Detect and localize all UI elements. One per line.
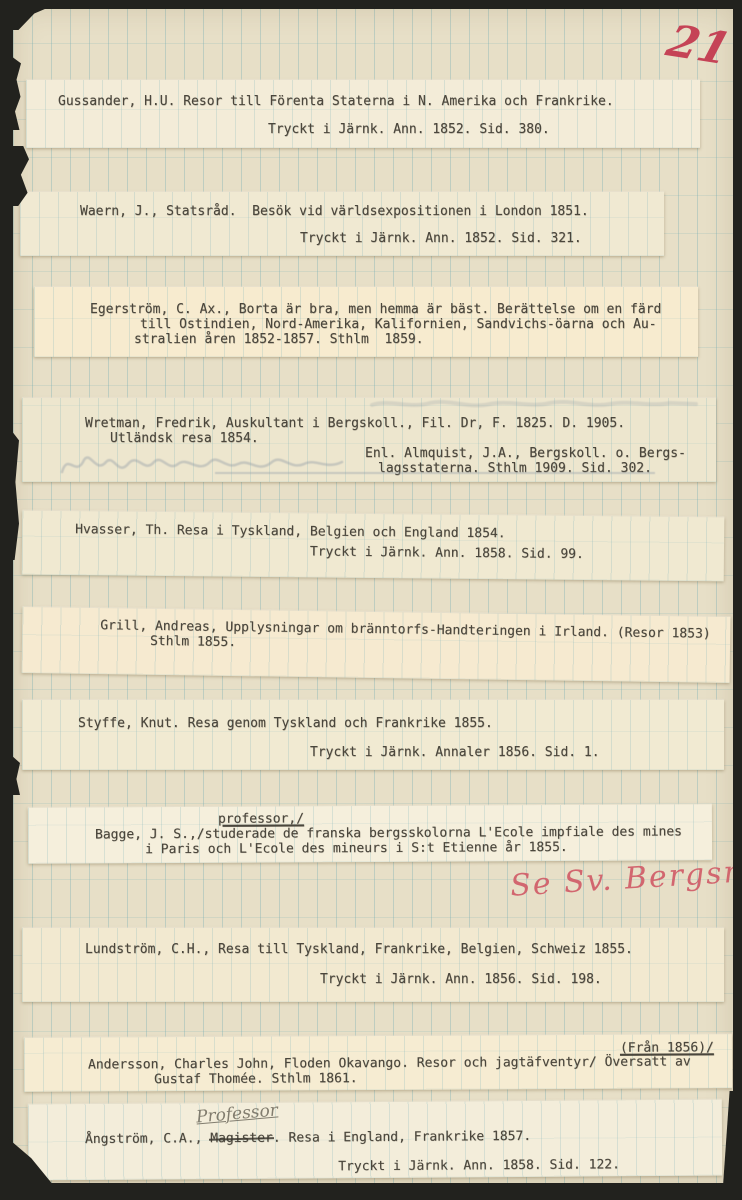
scanned-archive-page: Gussander, H.U. Resor till Förenta State… [0, 0, 742, 1200]
entry-line: Wretman, Fredrik, Auskultant i Bergskoll… [85, 416, 625, 431]
entry-line: Bagge, J. S.,/studerade de franska bergs… [95, 824, 682, 842]
entry-line: Hvasser, Th. Resa i Tyskland, Belgien oc… [75, 522, 506, 541]
entry-line: Enl. Almquist, J.A., Bergskoll. o. Bergs… [365, 446, 686, 461]
index-card-hvasser: Hvasser, Th. Resa i Tyskland, Belgien oc… [22, 511, 725, 582]
entry-line: Tryckt i Järnk. Ann. 1858. Sid. 99. [310, 544, 584, 562]
faint-pencil-underline [215, 472, 655, 474]
index-card-lundstrom: Lundström, C.H., Resa till Tyskland, Fra… [22, 928, 724, 1002]
entry-line: Tryckt i Järnk. Annaler 1856. Sid. 1. [310, 745, 600, 760]
scan-edge-top [0, 0, 742, 9]
entry-line: professor,/ [218, 811, 304, 826]
entry-line: Sthlm 1855. [150, 634, 236, 650]
entry-line: stralien åren 1852-1857. Sthlm 1859. [134, 332, 424, 347]
scan-edge-right [733, 0, 742, 1200]
index-card-bagge: professor,/Bagge, J. S.,/studerade de fr… [28, 804, 712, 864]
entry-line: Andersson, Charles John, Floden Okavango… [88, 1054, 691, 1072]
scan-edge-bottom [0, 1183, 742, 1200]
entry-line: Ångström, C.A., Magister. Resa i England… [85, 1129, 531, 1147]
ledger-paper [13, 8, 733, 1184]
entry-line: i Paris och L'Ecole des mineurs i S:t Et… [145, 840, 568, 857]
entry-line: (Från 1856)/ [620, 1040, 714, 1055]
entry-line: Styffe, Knut. Resa genom Tyskland och Fr… [78, 716, 493, 731]
index-card-waern: Waern, J., Statsråd. Besök vid världsexp… [20, 192, 664, 256]
entry-line: Tryckt i Järnk. Ann. 1852. Sid. 321. [300, 231, 582, 246]
index-card-grill: Grill, Andreas, Upplysningar om bränntor… [22, 607, 731, 683]
index-card-andersson: (Från 1856)/Andersson, Charles John, Flo… [24, 1034, 732, 1092]
index-card-egerstrom: Egerström, C. Ax., Borta är bra, men hem… [34, 287, 698, 357]
entry-line: Tryckt i Järnk. Ann. 1852. Sid. 380. [268, 122, 550, 137]
faint-ink-offset-marking [370, 396, 700, 412]
index-card-styffe: Styffe, Knut. Resa genom Tyskland och Fr… [22, 700, 724, 770]
entry-line: Waern, J., Statsråd. Besök vid världsexp… [80, 204, 589, 219]
entry-line: Lundström, C.H., Resa till Tyskland, Fra… [85, 942, 633, 957]
entry-line: Egerström, C. Ax., Borta är bra, men hem… [90, 302, 661, 317]
index-card-angstrom: Ångström, C.A., Magister. Resa i England… [28, 1100, 723, 1181]
struck-word: Magister [210, 1131, 273, 1146]
entry-line: till Ostindien, Nord-Amerika, Kalifornie… [140, 317, 657, 332]
entry-line: Tryckt i Järnk. Ann. 1856. Sid. 198. [320, 972, 602, 987]
index-card-gussander: Gussander, H.U. Resor till Förenta State… [26, 80, 700, 148]
entry-line: Gussander, H.U. Resor till Förenta State… [58, 94, 614, 109]
faint-pencil-marking [58, 444, 358, 484]
entry-line: Tryckt i Järnk. Ann. 1858. Sid. 122. [338, 1157, 620, 1174]
entry-line: Gustaf Thomée. Sthlm 1861. [154, 1071, 358, 1087]
